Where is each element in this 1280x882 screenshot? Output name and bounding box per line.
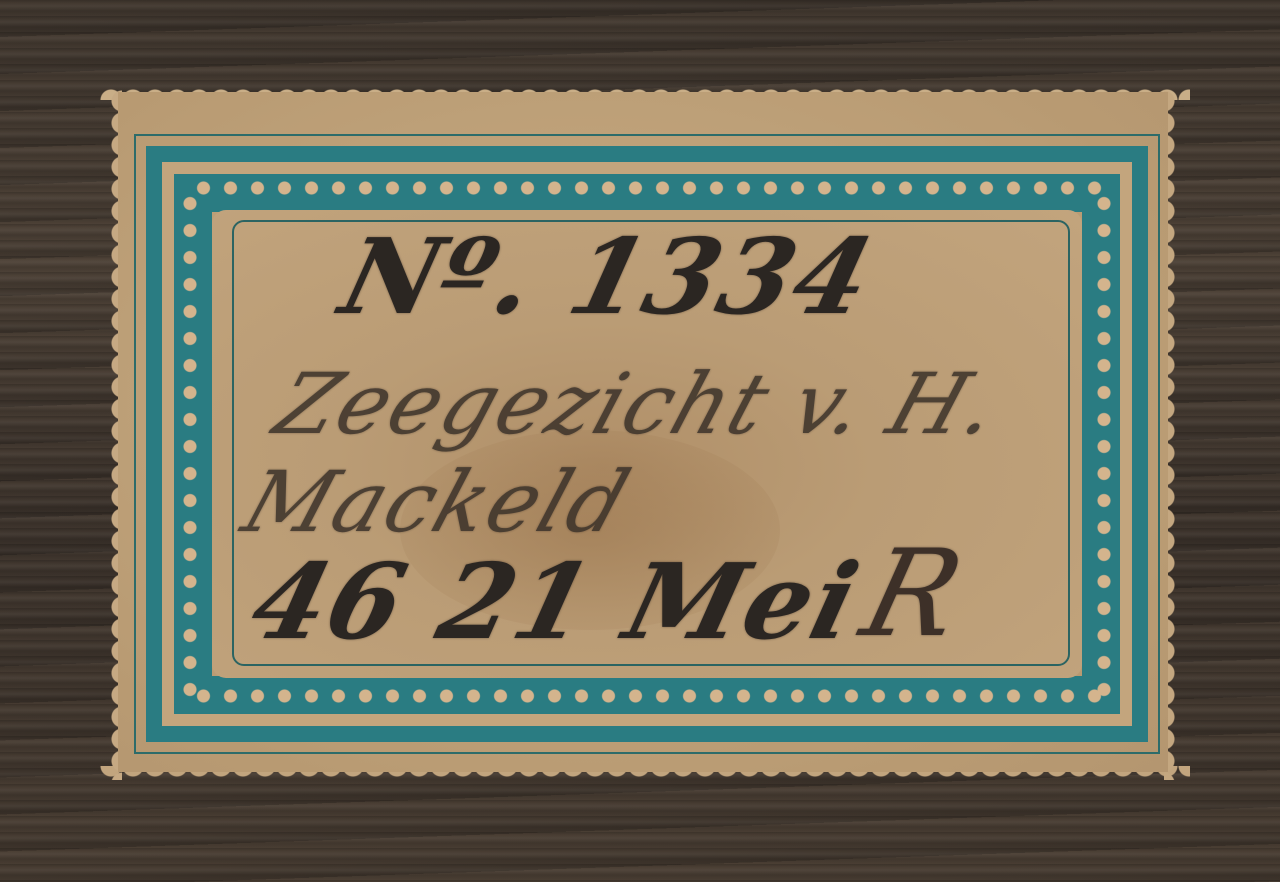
handwritten-date: 46 21 Mei (240, 540, 871, 663)
handwritten-title: Zeegezicht v. H. Mackeld (232, 355, 1280, 551)
handwritten-number: Nº. 1334 (330, 215, 886, 338)
